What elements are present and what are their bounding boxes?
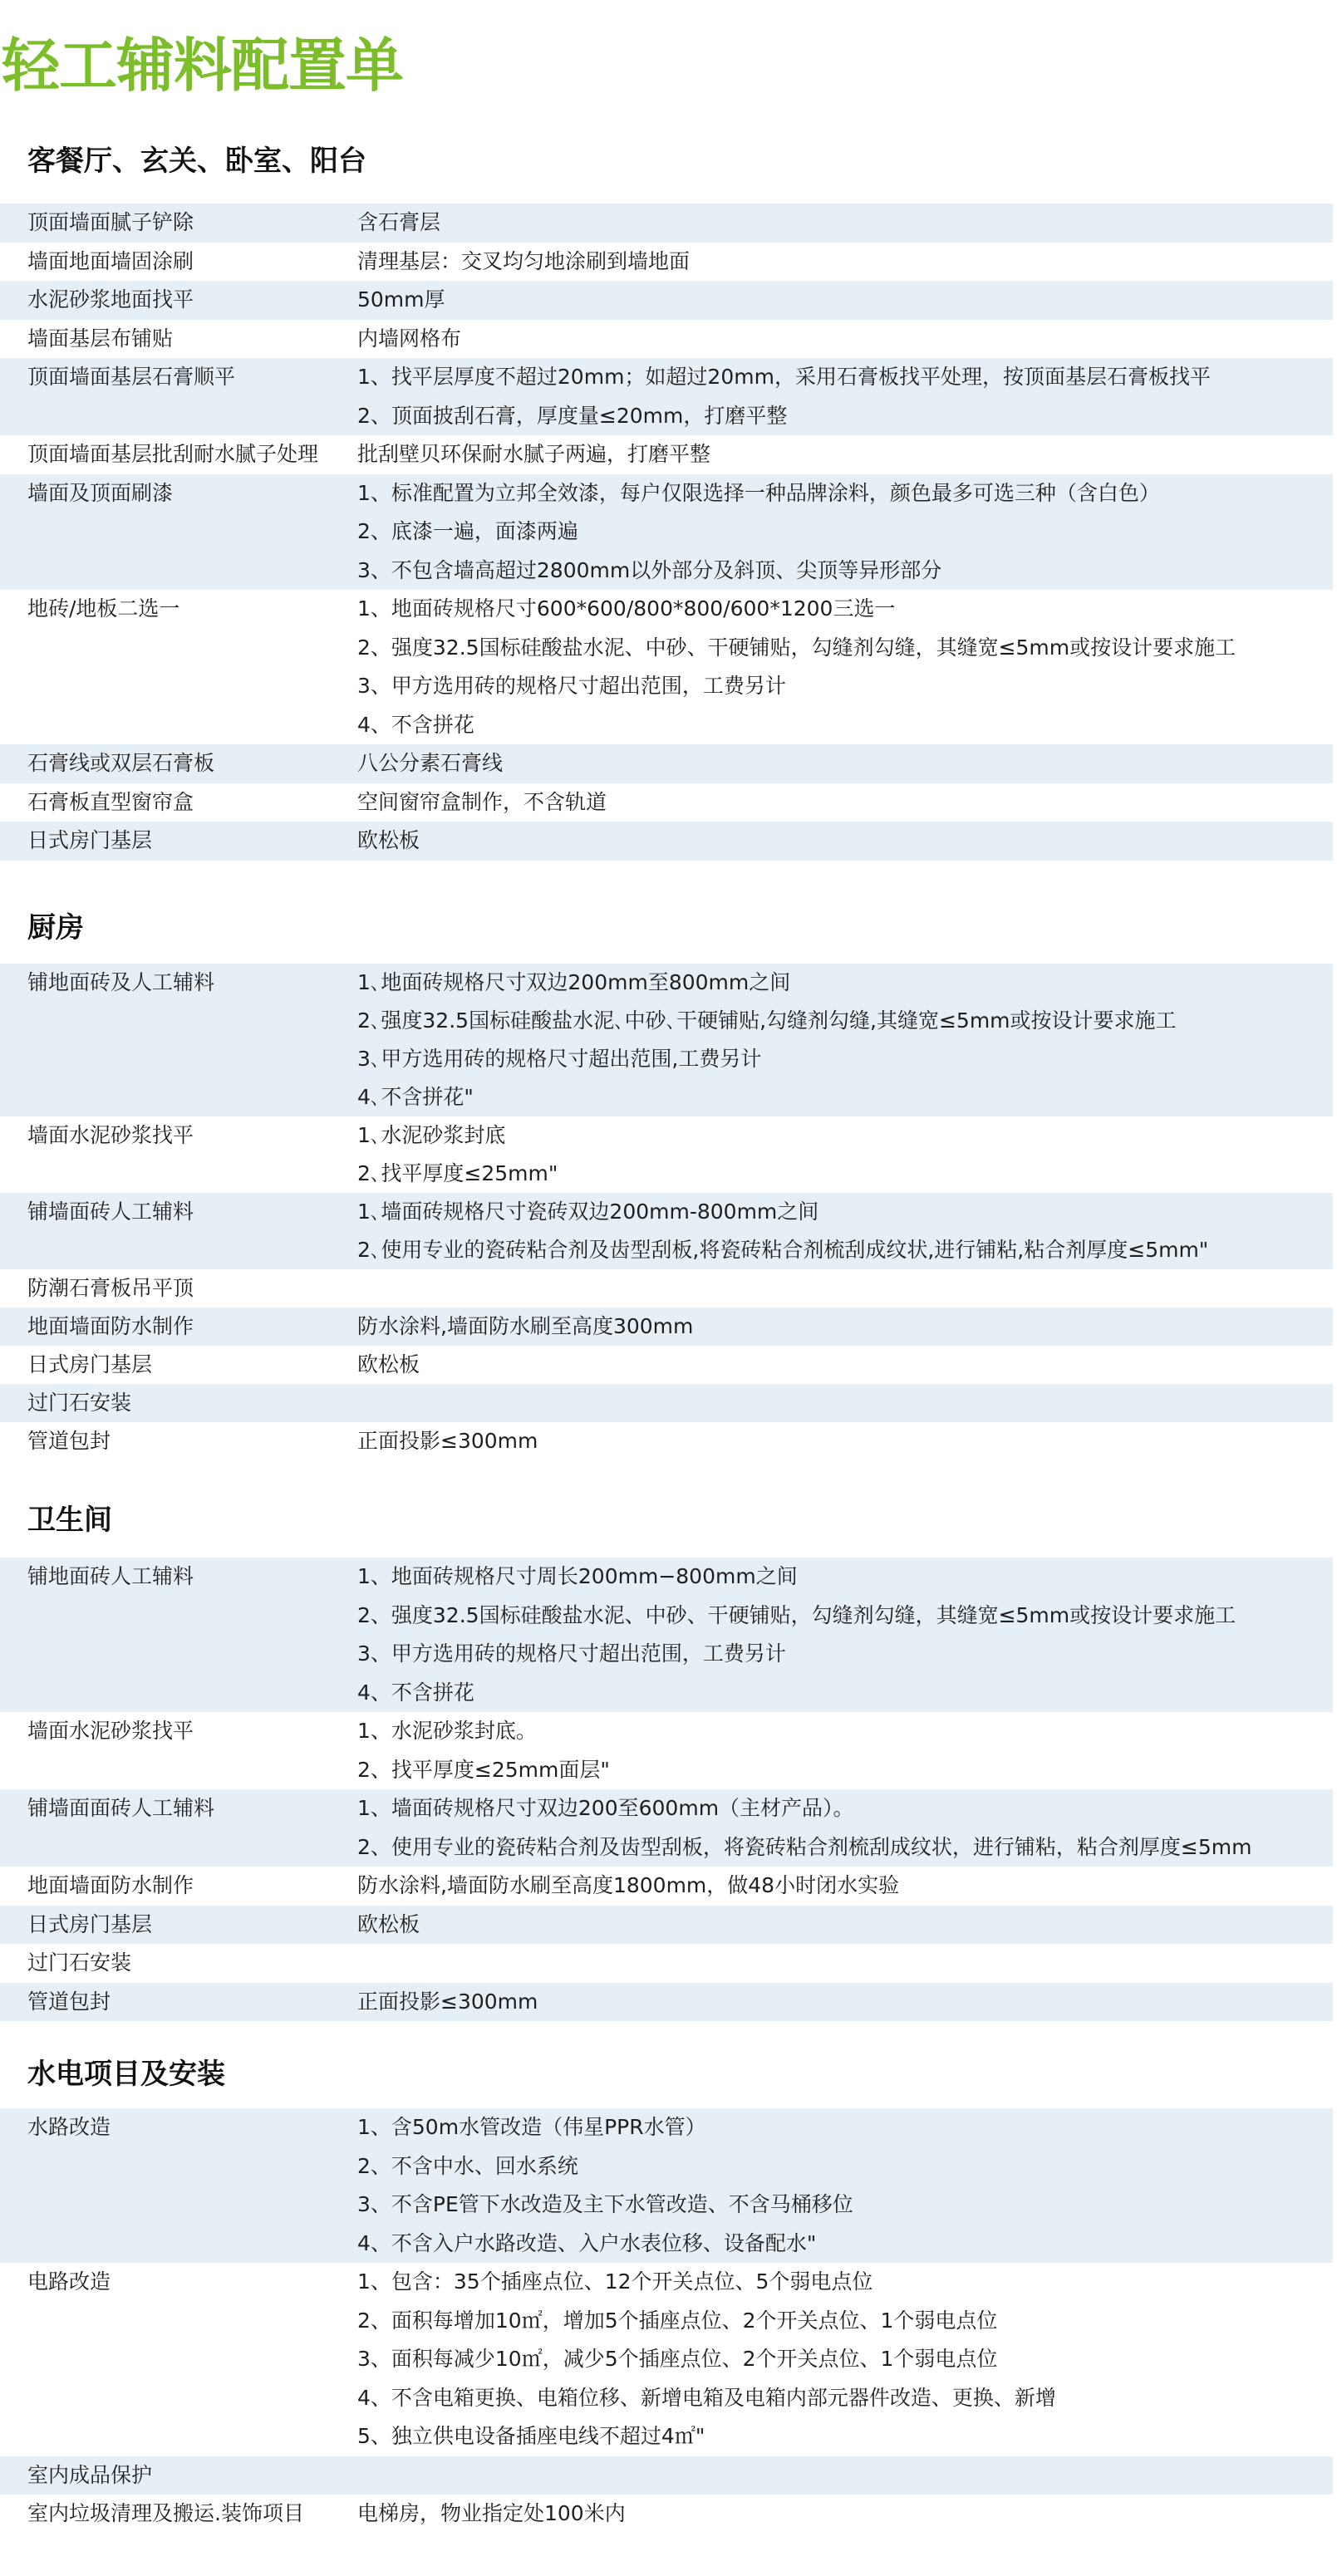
item-spec: 正面投影≤300mm [357, 1983, 1333, 2022]
spec-line: 4、不含拼花 [357, 1674, 1333, 1713]
table-row: 电路改造1、包含：35个插座点位、12个开关点位、5个弱电点位2、面积每增加10… [0, 2263, 1333, 2456]
item-label: 墙面及顶面刷漆 [0, 474, 357, 513]
spec-line: 1、找平层厚度不超过20mm；如超过20mm，采用石膏板找平处理，按顶面基层石膏… [357, 358, 1333, 397]
item-spec: 1、地面砖规格尺寸600*600/800*800/600*1200三选一2、强度… [357, 590, 1333, 744]
table-row: 铺墙面砖人工辅料1､墙面砖规格尺寸瓷砖双边200mm-800mm之间2､使用专业… [0, 1193, 1333, 1269]
spec-line: 1、地面砖规格尺寸周长200mm−800mm之间 [357, 1558, 1333, 1597]
table-row: 过门石安装 [0, 1944, 1333, 1983]
spec-line: 内墙网格布 [357, 320, 1333, 359]
table-row: 墙面及顶面刷漆1、标准配置为立邦全效漆，每户仅限选择一种品牌涂料，颜色最多可选三… [0, 474, 1333, 591]
item-spec: 欧松板 [357, 1906, 1333, 1945]
item-spec [357, 1269, 1333, 1308]
item-spec: 空间窗帘盒制作，不含轨道 [357, 783, 1333, 822]
table-row: 顶面墙面基层批刮耐水腻子处理批刮壁贝环保耐水腻子两遍，打磨平整 [0, 435, 1333, 474]
item-spec: 内墙网格布 [357, 320, 1333, 359]
spec-line: 1､墙面砖规格尺寸瓷砖双边200mm-800mm之间 [357, 1193, 1333, 1231]
table-row: 墙面地面墙固涂刷清理基层：交叉均匀地涂刷到墙地面 [0, 243, 1333, 282]
item-spec: 1、找平层厚度不超过20mm；如超过20mm，采用石膏板找平处理，按顶面基层石膏… [357, 358, 1333, 435]
item-spec: 欧松板 [357, 822, 1333, 861]
spec-line: 4、不含入户水路改造、入户水表位移、设备配水" [357, 2225, 1333, 2264]
item-spec: 八公分素石膏线 [357, 744, 1333, 783]
item-spec: 1、地面砖规格尺寸周长200mm−800mm之间2、强度32.5国标硅酸盐水泥、… [357, 1558, 1333, 1712]
spec-line: 清理基层：交叉均匀地涂刷到墙地面 [357, 243, 1333, 282]
spec-line: 1､水泥砂浆封底 [357, 1116, 1333, 1155]
item-spec: 50mm厚 [357, 281, 1333, 320]
item-label: 地砖/地板二选一 [0, 590, 357, 629]
spec-line: 2､强度32.5国标硅酸盐水泥､中砂､干硬铺贴,勾缝剂勾缝,其缝宽≤5mm或按设… [357, 1002, 1333, 1040]
spec-line: 4、不含拼花 [357, 706, 1333, 745]
item-spec: 1､墙面砖规格尺寸瓷砖双边200mm-800mm之间2､使用专业的瓷砖粘合剂及齿… [357, 1193, 1333, 1269]
spec-line: 2､找平厚度≤25mm" [357, 1155, 1333, 1193]
spec-line: 3、不包含墙高超过2800mm以外部分及斜顶、尖顶等异形部分 [357, 552, 1333, 591]
spec-line: 正面投影≤300mm [357, 1983, 1333, 2022]
item-label: 顶面墙面腻子铲除 [0, 204, 357, 243]
item-spec: 防水涂料,墙面防水刷至高度300mm [357, 1308, 1333, 1346]
item-label: 室内成品保护 [0, 2456, 357, 2495]
table-row: 室内成品保护 [0, 2456, 1333, 2495]
table-row: 管道包封正面投影≤300mm [0, 1983, 1333, 2022]
item-spec: 含石膏层 [357, 204, 1333, 243]
spec-line [357, 1269, 1333, 1308]
config-table-kitchen: 铺地面砖及人工辅料1､地面砖规格尺寸双边200mm至800mm之间2､强度32.… [0, 964, 1333, 1460]
spec-line: 欧松板 [357, 1906, 1333, 1945]
item-label: 顶面墙面基层批刮耐水腻子处理 [0, 435, 357, 474]
item-label: 铺墙面砖人工辅料 [0, 1193, 357, 1231]
spec-line: 3、甲方选用砖的规格尺寸超出范围，工费另计 [357, 667, 1333, 706]
spec-line: 八公分素石膏线 [357, 744, 1333, 783]
document-title: 轻工辅料配置单 [2, 28, 403, 103]
spec-line: 2、面积每增加10㎡，增加5个插座点位、2个开关点位、1个弱电点位 [357, 2302, 1333, 2341]
spec-line: 3、甲方选用砖的规格尺寸超出范围，工费另计 [357, 1635, 1333, 1674]
item-spec [357, 1944, 1333, 1983]
table-row: 顶面墙面基层石膏顺平1、找平层厚度不超过20mm；如超过20mm，采用石膏板找平… [0, 358, 1333, 435]
item-spec: 1､地面砖规格尺寸双边200mm至800mm之间2､强度32.5国标硅酸盐水泥､… [357, 964, 1333, 1116]
spec-line: 1、地面砖规格尺寸600*600/800*800/600*1200三选一 [357, 590, 1333, 629]
table-row: 铺地面砖人工辅料1、地面砖规格尺寸周长200mm−800mm之间2、强度32.5… [0, 1558, 1333, 1712]
spec-line: 2、底漆一遍，面漆两遍 [357, 513, 1333, 552]
spec-line: 3、不含PE管下水改造及主下水管改造、不含马桶移位 [357, 2186, 1333, 2225]
spec-line: 欧松板 [357, 822, 1333, 861]
item-label: 石膏线或双层石膏板 [0, 744, 357, 783]
spec-line: 1、水泥砂浆封底。 [357, 1712, 1333, 1751]
item-spec: 1、含50m水管改造（伟星PPR水管）2、不含中水、回水系统3、不含PE管下水改… [357, 2108, 1333, 2263]
table-row: 水泥砂浆地面找平50mm厚 [0, 281, 1333, 320]
spec-line: 2、使用专业的瓷砖粘合剂及齿型刮板，将瓷砖粘合剂梳刮成纹状，进行铺粘，粘合剂厚度… [357, 1828, 1333, 1867]
section-heading-plumbing-electrical: 水电项目及安装 [27, 2054, 225, 2094]
item-label: 管道包封 [0, 1983, 357, 2022]
item-spec: 清理基层：交叉均匀地涂刷到墙地面 [357, 243, 1333, 282]
table-row: 过门石安装 [0, 1384, 1333, 1422]
section-heading-living-areas: 客餐厅、玄关、卧室、阳台 [27, 141, 366, 181]
table-row: 日式房门基层欧松板 [0, 1346, 1333, 1384]
section-heading-bathroom: 卫生间 [27, 1500, 112, 1540]
table-row: 顶面墙面腻子铲除含石膏层 [0, 204, 1333, 243]
table-row: 地砖/地板二选一1、地面砖规格尺寸600*600/800*800/600*120… [0, 590, 1333, 744]
table-row: 石膏板直型窗帘盒空间窗帘盒制作，不含轨道 [0, 783, 1333, 822]
item-label: 日式房门基层 [0, 822, 357, 861]
spec-line: 4､不含拼花" [357, 1078, 1333, 1116]
item-label: 顶面墙面基层石膏顺平 [0, 358, 357, 397]
spec-line: 2､使用专业的瓷砖粘合剂及齿型刮板,将瓷砖粘合剂梳刮成纹状,进行铺粘,粘合剂厚度… [357, 1231, 1333, 1269]
spec-line: 含石膏层 [357, 204, 1333, 243]
item-label: 日式房门基层 [0, 1346, 357, 1384]
spec-line: 防水涂料,墙面防水刷至高度300mm [357, 1308, 1333, 1346]
item-spec: 1、水泥砂浆封底。2、找平厚度≤25mm面层" [357, 1712, 1333, 1789]
item-label: 过门石安装 [0, 1384, 357, 1422]
spec-line: 批刮壁贝环保耐水腻子两遍，打磨平整 [357, 435, 1333, 474]
spec-line: 欧松板 [357, 1346, 1333, 1384]
config-table-plumbing-electrical: 水路改造1、含50m水管改造（伟星PPR水管）2、不含中水、回水系统3、不含PE… [0, 2108, 1333, 2534]
table-row: 室内垃圾清理及搬运.装饰项目电梯房，物业指定处100米内 [0, 2495, 1333, 2534]
item-label: 铺地面砖人工辅料 [0, 1558, 357, 1597]
item-label: 日式房门基层 [0, 1906, 357, 1945]
item-spec: 电梯房，物业指定处100米内 [357, 2495, 1333, 2534]
config-table-bathroom: 铺地面砖人工辅料1、地面砖规格尺寸周长200mm−800mm之间2、强度32.5… [0, 1558, 1333, 2021]
table-row: 地面墙面防水制作防水涂料,墙面防水刷至高度300mm [0, 1308, 1333, 1346]
spec-line: 1、含50m水管改造（伟星PPR水管） [357, 2108, 1333, 2147]
table-row: 地面墙面防水制作防水涂料,墙面防水刷至高度1800mm，做48小时闭水实验 [0, 1867, 1333, 1906]
item-spec: 1、包含：35个插座点位、12个开关点位、5个弱电点位2、面积每增加10㎡，增加… [357, 2263, 1333, 2456]
spec-line: 1、墙面砖规格尺寸双边200至600mm（主材产品）。 [357, 1789, 1333, 1828]
item-label: 过门石安装 [0, 1944, 357, 1983]
spec-line: 1、包含：35个插座点位、12个开关点位、5个弱电点位 [357, 2263, 1333, 2302]
item-label: 墙面水泥砂浆找平 [0, 1116, 357, 1155]
spec-line: 2、顶面披刮石膏，厚度量≤20mm，打磨平整 [357, 397, 1333, 436]
table-row: 管道包封正面投影≤300mm [0, 1422, 1333, 1460]
item-label: 地面墙面防水制作 [0, 1308, 357, 1346]
item-spec [357, 1384, 1333, 1422]
section-heading-kitchen: 厨房 [27, 908, 84, 948]
table-row: 铺地面砖及人工辅料1､地面砖规格尺寸双边200mm至800mm之间2､强度32.… [0, 964, 1333, 1116]
table-row: 墙面基层布铺贴内墙网格布 [0, 320, 1333, 359]
table-row: 日式房门基层欧松板 [0, 822, 1333, 861]
spec-line: 2、不含中水、回水系统 [357, 2147, 1333, 2186]
spec-line: 空间窗帘盒制作，不含轨道 [357, 783, 1333, 822]
item-label: 墙面地面墙固涂刷 [0, 243, 357, 282]
spec-line [357, 2456, 1333, 2495]
item-spec: 1､水泥砂浆封底2､找平厚度≤25mm" [357, 1116, 1333, 1193]
table-row: 墙面水泥砂浆找平1､水泥砂浆封底2､找平厚度≤25mm" [0, 1116, 1333, 1193]
spec-line [357, 1384, 1333, 1422]
spec-line: 50mm厚 [357, 281, 1333, 320]
spec-line: 正面投影≤300mm [357, 1422, 1333, 1460]
spec-line: 5、独立供电设备插座电线不超过4㎡" [357, 2417, 1333, 2456]
table-row: 墙面水泥砂浆找平1、水泥砂浆封底。2、找平厚度≤25mm面层" [0, 1712, 1333, 1789]
spec-line: 2、强度32.5国标硅酸盐水泥、中砂、干硬铺贴，勾缝剂勾缝，其缝宽≤5mm或按设… [357, 1597, 1333, 1636]
table-row: 水路改造1、含50m水管改造（伟星PPR水管）2、不含中水、回水系统3、不含PE… [0, 2108, 1333, 2263]
item-spec: 1、墙面砖规格尺寸双边200至600mm（主材产品）。2、使用专业的瓷砖粘合剂及… [357, 1789, 1333, 1867]
table-row: 日式房门基层欧松板 [0, 1906, 1333, 1945]
item-label: 铺墙面面砖人工辅料 [0, 1789, 357, 1828]
item-label: 防潮石膏板吊平顶 [0, 1269, 357, 1308]
item-spec: 防水涂料,墙面防水刷至高度1800mm，做48小时闭水实验 [357, 1867, 1333, 1906]
item-spec: 1、标准配置为立邦全效漆，每户仅限选择一种品牌涂料，颜色最多可选三种（含白色）2… [357, 474, 1333, 591]
table-row: 铺墙面面砖人工辅料1、墙面砖规格尺寸双边200至600mm（主材产品）。2、使用… [0, 1789, 1333, 1867]
spec-line [357, 1944, 1333, 1983]
item-label: 地面墙面防水制作 [0, 1867, 357, 1906]
item-spec: 批刮壁贝环保耐水腻子两遍，打磨平整 [357, 435, 1333, 474]
item-spec: 欧松板 [357, 1346, 1333, 1384]
spec-line: 1､地面砖规格尺寸双边200mm至800mm之间 [357, 964, 1333, 1002]
item-label: 墙面基层布铺贴 [0, 320, 357, 359]
item-spec: 正面投影≤300mm [357, 1422, 1333, 1460]
item-spec [357, 2456, 1333, 2495]
item-label: 水泥砂浆地面找平 [0, 281, 357, 320]
spec-line: 2、强度32.5国标硅酸盐水泥、中砂、干硬铺贴，勾缝剂勾缝，其缝宽≤5mm或按设… [357, 629, 1333, 668]
item-label: 墙面水泥砂浆找平 [0, 1712, 357, 1751]
spec-line: 3､甲方选用砖的规格尺寸超出范围,工费另计 [357, 1040, 1333, 1078]
config-table-living-areas: 顶面墙面腻子铲除含石膏层墙面地面墙固涂刷清理基层：交叉均匀地涂刷到墙地面水泥砂浆… [0, 204, 1333, 861]
spec-line: 2、找平厚度≤25mm面层" [357, 1751, 1333, 1790]
item-label: 电路改造 [0, 2263, 357, 2302]
table-row: 石膏线或双层石膏板八公分素石膏线 [0, 744, 1333, 783]
spec-line: 1、标准配置为立邦全效漆，每户仅限选择一种品牌涂料，颜色最多可选三种（含白色） [357, 474, 1333, 513]
item-label: 室内垃圾清理及搬运.装饰项目 [0, 2495, 357, 2534]
spec-line: 防水涂料,墙面防水刷至高度1800mm，做48小时闭水实验 [357, 1867, 1333, 1906]
spec-line: 3、面积每减少10㎡，减少5个插座点位、2个开关点位、1个弱电点位 [357, 2340, 1333, 2379]
spec-line: 电梯房，物业指定处100米内 [357, 2495, 1333, 2534]
spec-line: 4、不含电箱更换、电箱位移、新增电箱及电箱内部元器件改造、更换、新增 [357, 2379, 1333, 2418]
item-label: 管道包封 [0, 1422, 357, 1460]
item-label: 铺地面砖及人工辅料 [0, 964, 357, 1002]
item-label: 水路改造 [0, 2108, 357, 2147]
table-row: 防潮石膏板吊平顶 [0, 1269, 1333, 1308]
item-label: 石膏板直型窗帘盒 [0, 783, 357, 822]
